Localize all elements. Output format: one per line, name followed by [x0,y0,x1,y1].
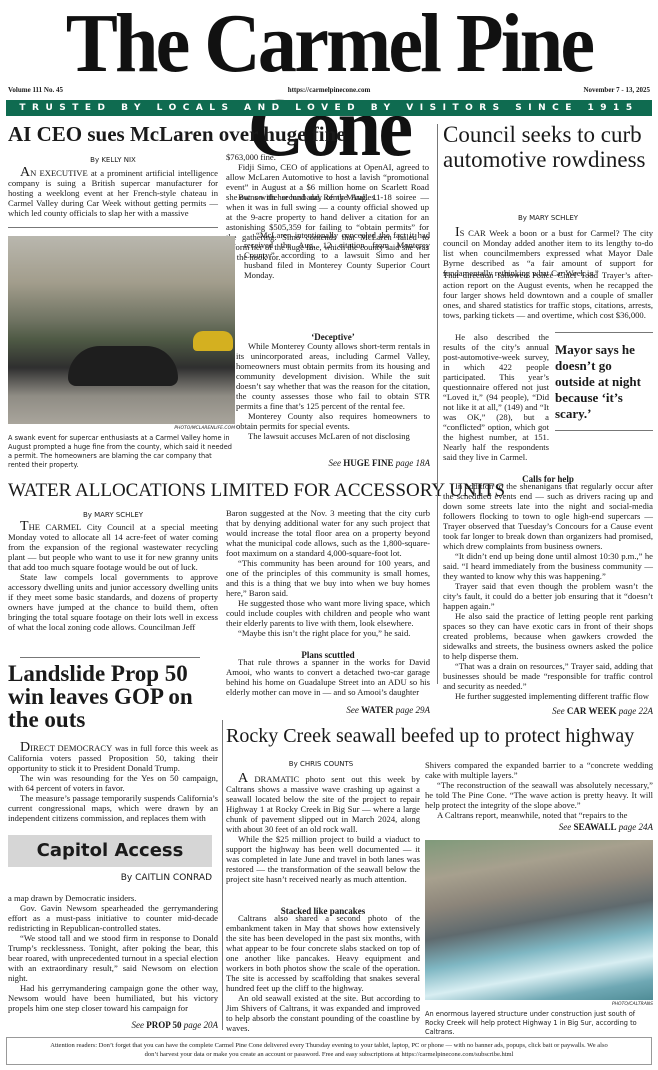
supercar-shape [68,346,178,386]
headline-prop50[interactable]: Landslide Prop 50 win leaves GOP on the … [8,662,208,731]
divider [8,227,218,228]
jump-huge-fine[interactable]: See HUGE FINE page 18A [236,458,430,468]
photo-credit: PHOTO/CALTRANS [425,1002,653,1007]
headline-seawall[interactable]: Rocky Creek seawall beefed up to protect… [226,724,656,748]
byline-seawall: By CHRIS COUNTS [226,760,416,768]
byline-council: By MARY SCHLEY [443,214,653,222]
article-seawall-col2: Shivers compared the expanded barrier to… [425,760,653,820]
byline-mclaren: By KELLY NIX [8,156,218,164]
jump-car-week[interactable]: See CAR WEEK page 22A [443,706,653,716]
jump-prop50[interactable]: See PROP 50 page 20A [8,1020,218,1030]
byline-prop50: By CAITLIN CONRAD [8,873,212,883]
photo-credit: PHOTO/MCLARENLIFE.COM [8,426,235,431]
mclaren-event-photo[interactable] [8,236,235,424]
photo-caption: A swank event for supercar enthusiasts a… [8,434,235,470]
article-water-col2: Baron suggested at the Nov. 3 meeting th… [226,508,430,638]
tagline-banner: TRUSTED BY LOCALS AND LOVED BY VISITORS … [6,100,652,116]
article-water-col1: THE CARMEL City Council at a special mee… [8,522,218,632]
headline-council[interactable]: Council seeks to curb automotive rowdine… [443,122,653,172]
site-url[interactable]: https://carmelpinecone.com [0,86,658,94]
column-divider [222,720,223,1030]
byline-water: By MARY SCHLEY [8,511,218,519]
pullquote-rule-bottom [555,430,653,431]
pullquote: Mayor says he doesn’t go outside at nigh… [555,342,653,422]
article-council-narrow: He also described the results of the cit… [443,332,549,462]
subscription-notice[interactable]: Attention readers: Don’t forget that you… [6,1037,652,1065]
article-prop50: DIRECT DEMOCRACY was in full force this … [8,743,218,823]
column-logo-capitol-access: Capitol Access [8,835,212,867]
headline-water[interactable]: WATER ALLOCATIONS LIMITED FOR ACCESSORY … [8,480,433,502]
headline-mclaren[interactable]: AI CEO sues McLaren over huge fine [8,122,433,146]
pullquote-rule-top [555,332,653,333]
divider [20,657,200,658]
article-mclaren-col1: AN EXECUTIVE at a prominent artificial i… [8,168,218,218]
seawall-photo[interactable] [425,840,653,1000]
photo-caption: An enormous layered structure under cons… [425,1010,653,1037]
article-seawall-col1: A DRAMATIC photo sent out this week by C… [226,774,420,884]
yellow-car-shape [193,331,233,351]
jump-water[interactable]: See WATER page 29A [226,705,430,715]
column-divider [437,124,438,684]
jump-seawall[interactable]: See SEAWALL page 24A [425,822,653,832]
issue-date: November 7 - 13, 2025 [583,86,650,94]
